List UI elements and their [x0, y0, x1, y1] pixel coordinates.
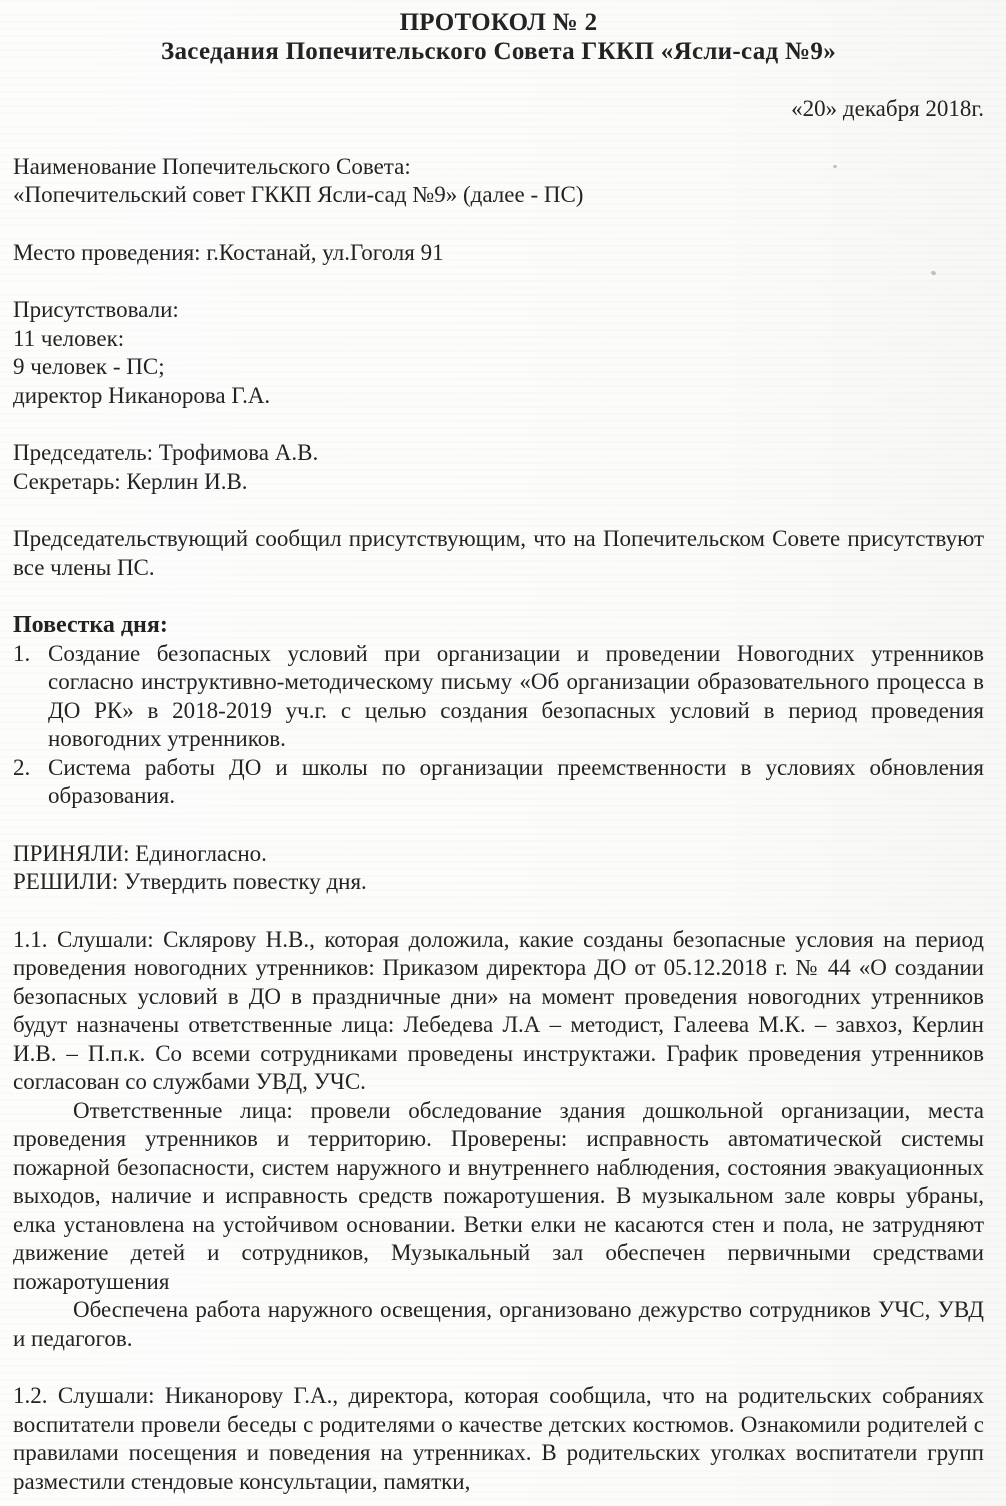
- section-1-1-paragraph: 1.1. Слушали: Склярову Н.В., которая дол…: [13, 926, 984, 1097]
- outdoor-lighting-paragraph: Обеспечена работа наружного освещения, о…: [13, 1296, 984, 1353]
- attendees-ps-count: 9 человек - ПС;: [13, 353, 984, 382]
- agenda-item-1: 1. Создание безопасных условий при орган…: [13, 640, 984, 754]
- agenda-heading: Повестка дня:: [13, 611, 984, 640]
- scan-speck: [833, 165, 837, 168]
- document-header: ПРОТОКОЛ № 2 Заседания Попечительского С…: [13, 8, 984, 66]
- officers-block: Председатель: Трофимова А.В. Секретарь: …: [13, 439, 984, 496]
- scanned-protocol-page: ПРОТОКОЛ № 2 Заседания Попечительского С…: [0, 0, 1006, 1506]
- document-title: ПРОТОКОЛ № 2: [13, 8, 984, 37]
- attendees-director: директор Никанорова Г.А.: [13, 382, 984, 411]
- attendees-total: 11 человек:: [13, 325, 984, 354]
- announcement-paragraph: Председательствующий сообщил присутствую…: [13, 525, 984, 582]
- location-line: Место проведения: г.Костанай, ул.Гоголя …: [13, 239, 984, 268]
- section-1-2-paragraph: 1.2. Слушали: Никанорову Г.А., директора…: [13, 1382, 984, 1496]
- agenda-item-2-text: Система работы ДО и школы по организации…: [48, 754, 984, 811]
- document-date: «20» декабря 2018г.: [13, 95, 984, 124]
- council-name-block: Наименование Попечительского Совета: «По…: [13, 153, 984, 210]
- agenda-item-2: 2. Система работы ДО и школы по организа…: [13, 754, 984, 811]
- council-name-label: Наименование Попечительского Совета:: [13, 153, 984, 182]
- agenda-item-1-text: Создание безопасных условий при организа…: [48, 640, 984, 754]
- document-subtitle: Заседания Попечительского Совета ГККП «Я…: [13, 37, 984, 66]
- vote-resolved-line: РЕШИЛИ: Утвердить повестку дня.: [13, 868, 984, 897]
- attendees-label: Присутствовали:: [13, 296, 984, 325]
- secretary-line: Секретарь: Керлин И.В.: [13, 468, 984, 497]
- agenda-block: Повестка дня: 1. Создание безопасных усл…: [13, 611, 984, 811]
- council-name-value: «Попечительский совет ГККП Ясли-сад №9» …: [13, 181, 984, 210]
- vote-block: ПРИНЯЛИ: Единогласно. РЕШИЛИ: Утвердить …: [13, 840, 984, 897]
- vote-accepted-line: ПРИНЯЛИ: Единогласно.: [13, 840, 984, 869]
- attendees-block: Присутствовали: 11 человек: 9 человек - …: [13, 296, 984, 410]
- agenda-item-1-number: 1.: [13, 640, 48, 754]
- chairman-line: Председатель: Трофимова А.В.: [13, 439, 984, 468]
- document-content: ПРОТОКОЛ № 2 Заседания Попечительского С…: [0, 0, 1006, 1496]
- responsible-persons-paragraph: Ответственные лица: провели обследование…: [13, 1097, 984, 1297]
- agenda-item-2-number: 2.: [13, 754, 48, 811]
